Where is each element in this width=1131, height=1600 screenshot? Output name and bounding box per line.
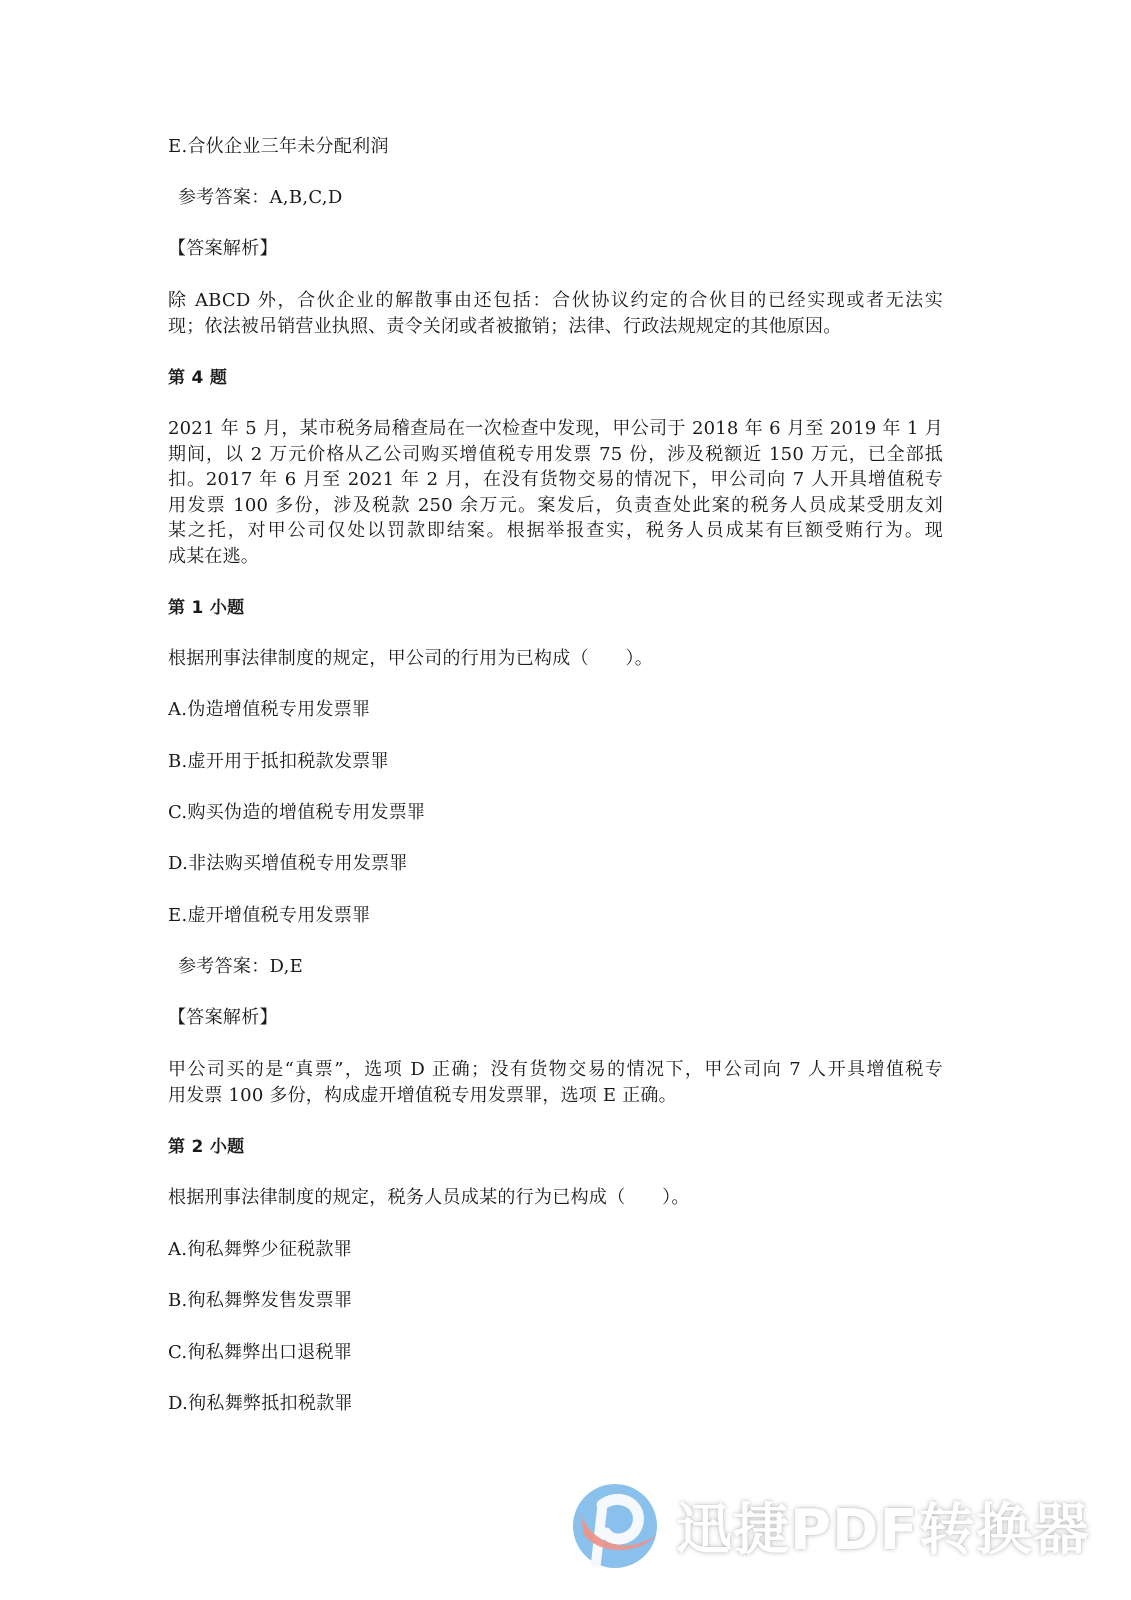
subquestion-1-title: 第 1 小题 [168,596,244,620]
case-line: 2021 年 5 月，某市税务局稽查局在一次检查中发现，甲公司于 2018 年 … [168,416,943,442]
subquestion-1-option-e: E.虚开增值税专用发票罪 [168,904,370,928]
analysis-line: 除 ABCD 外，合伙企业的解散事由还包括：合伙协议约定的合伙目的已经实现或者无… [168,288,943,314]
subquestion-1-answer: 参考答案：D,E [178,955,303,979]
question-title: 第 4 题 [168,366,227,390]
analysis-line: 用发票 100 多份，构成虚开增值税专用发票罪，选项 E 正确。 [168,1083,943,1109]
watermark-text: 迅捷PDF转换器 [676,1486,1090,1566]
analysis-heading-prev: 【答案解析】 [168,237,278,261]
case-line: 用发票 100 多份，涉及税款 250 余万元。案发后，负责查处此案的税务人员成… [168,493,943,519]
subquestion-1-text: 根据刑事法律制度的规定，甲公司的行用为已构成（ ）。 [168,647,653,671]
subquestion-2-option-a: A.徇私舞弊少征税款罪 [168,1238,352,1262]
subquestion-1-analysis: 甲公司买的是“真票”，选项 D 正确；没有货物交易的情况下，甲公司向 7 人开具… [168,1057,943,1108]
document-page: E.合伙企业三年未分配利润 参考答案：A,B,C,D 【答案解析】 除 ABCD… [0,0,1131,1600]
case-line: 扣。2017 年 6 月至 2021 年 2 月，在没有货物交易的情况下，甲公司… [168,467,943,493]
case-line: 某之托，对甲公司仅处以罚款即结案。根据举报查实，税务人员成某有巨额受贿行为。现 [168,518,943,544]
subquestion-2-text: 根据刑事法律制度的规定，税务人员成某的行为已构成（ ）。 [168,1186,690,1210]
xunjie-pdf-logo-icon [572,1483,658,1569]
subquestion-1-option-b: B.虚开用于抵扣税款发票罪 [168,750,389,774]
case-line: 成某在逃。 [168,544,943,570]
subquestion-2-option-d: D.徇私舞弊抵扣税款罪 [168,1392,353,1416]
reference-answer-prev: 参考答案：A,B,C,D [178,186,343,210]
case-line: 期间，以 2 万元价格从乙公司购买增值税专用发票 75 份，涉及税额近 150 … [168,442,943,468]
option-e-prev: E.合伙企业三年未分配利润 [168,135,389,159]
subquestion-2-option-c: C.徇私舞弊出口退税罪 [168,1341,352,1365]
analysis-line: 甲公司买的是“真票”，选项 D 正确；没有货物交易的情况下，甲公司向 7 人开具… [168,1057,943,1083]
subquestion-2-option-b: B.徇私舞弊发售发票罪 [168,1289,352,1313]
subquestion-1-option-c: C.购买伪造的增值税专用发票罪 [168,801,425,825]
analysis-line: 现；依法被吊销营业执照、责令关闭或者被撤销；法律、行政法规规定的其他原因。 [168,314,943,340]
analysis-text-prev: 除 ABCD 外，合伙企业的解散事由还包括：合伙协议约定的合伙目的已经实现或者无… [168,288,943,339]
subquestion-1-analysis-heading: 【答案解析】 [168,1006,278,1030]
subquestion-2-title: 第 2 小题 [168,1135,244,1159]
subquestion-1-option-d: D.非法购买增值税专用发票罪 [168,852,408,876]
watermark: 迅捷PDF转换器 [572,1478,1090,1574]
case-description: 2021 年 5 月，某市税务局稽查局在一次检查中发现，甲公司于 2018 年 … [168,416,943,570]
subquestion-1-option-a: A.伪造增值税专用发票罪 [168,698,370,722]
